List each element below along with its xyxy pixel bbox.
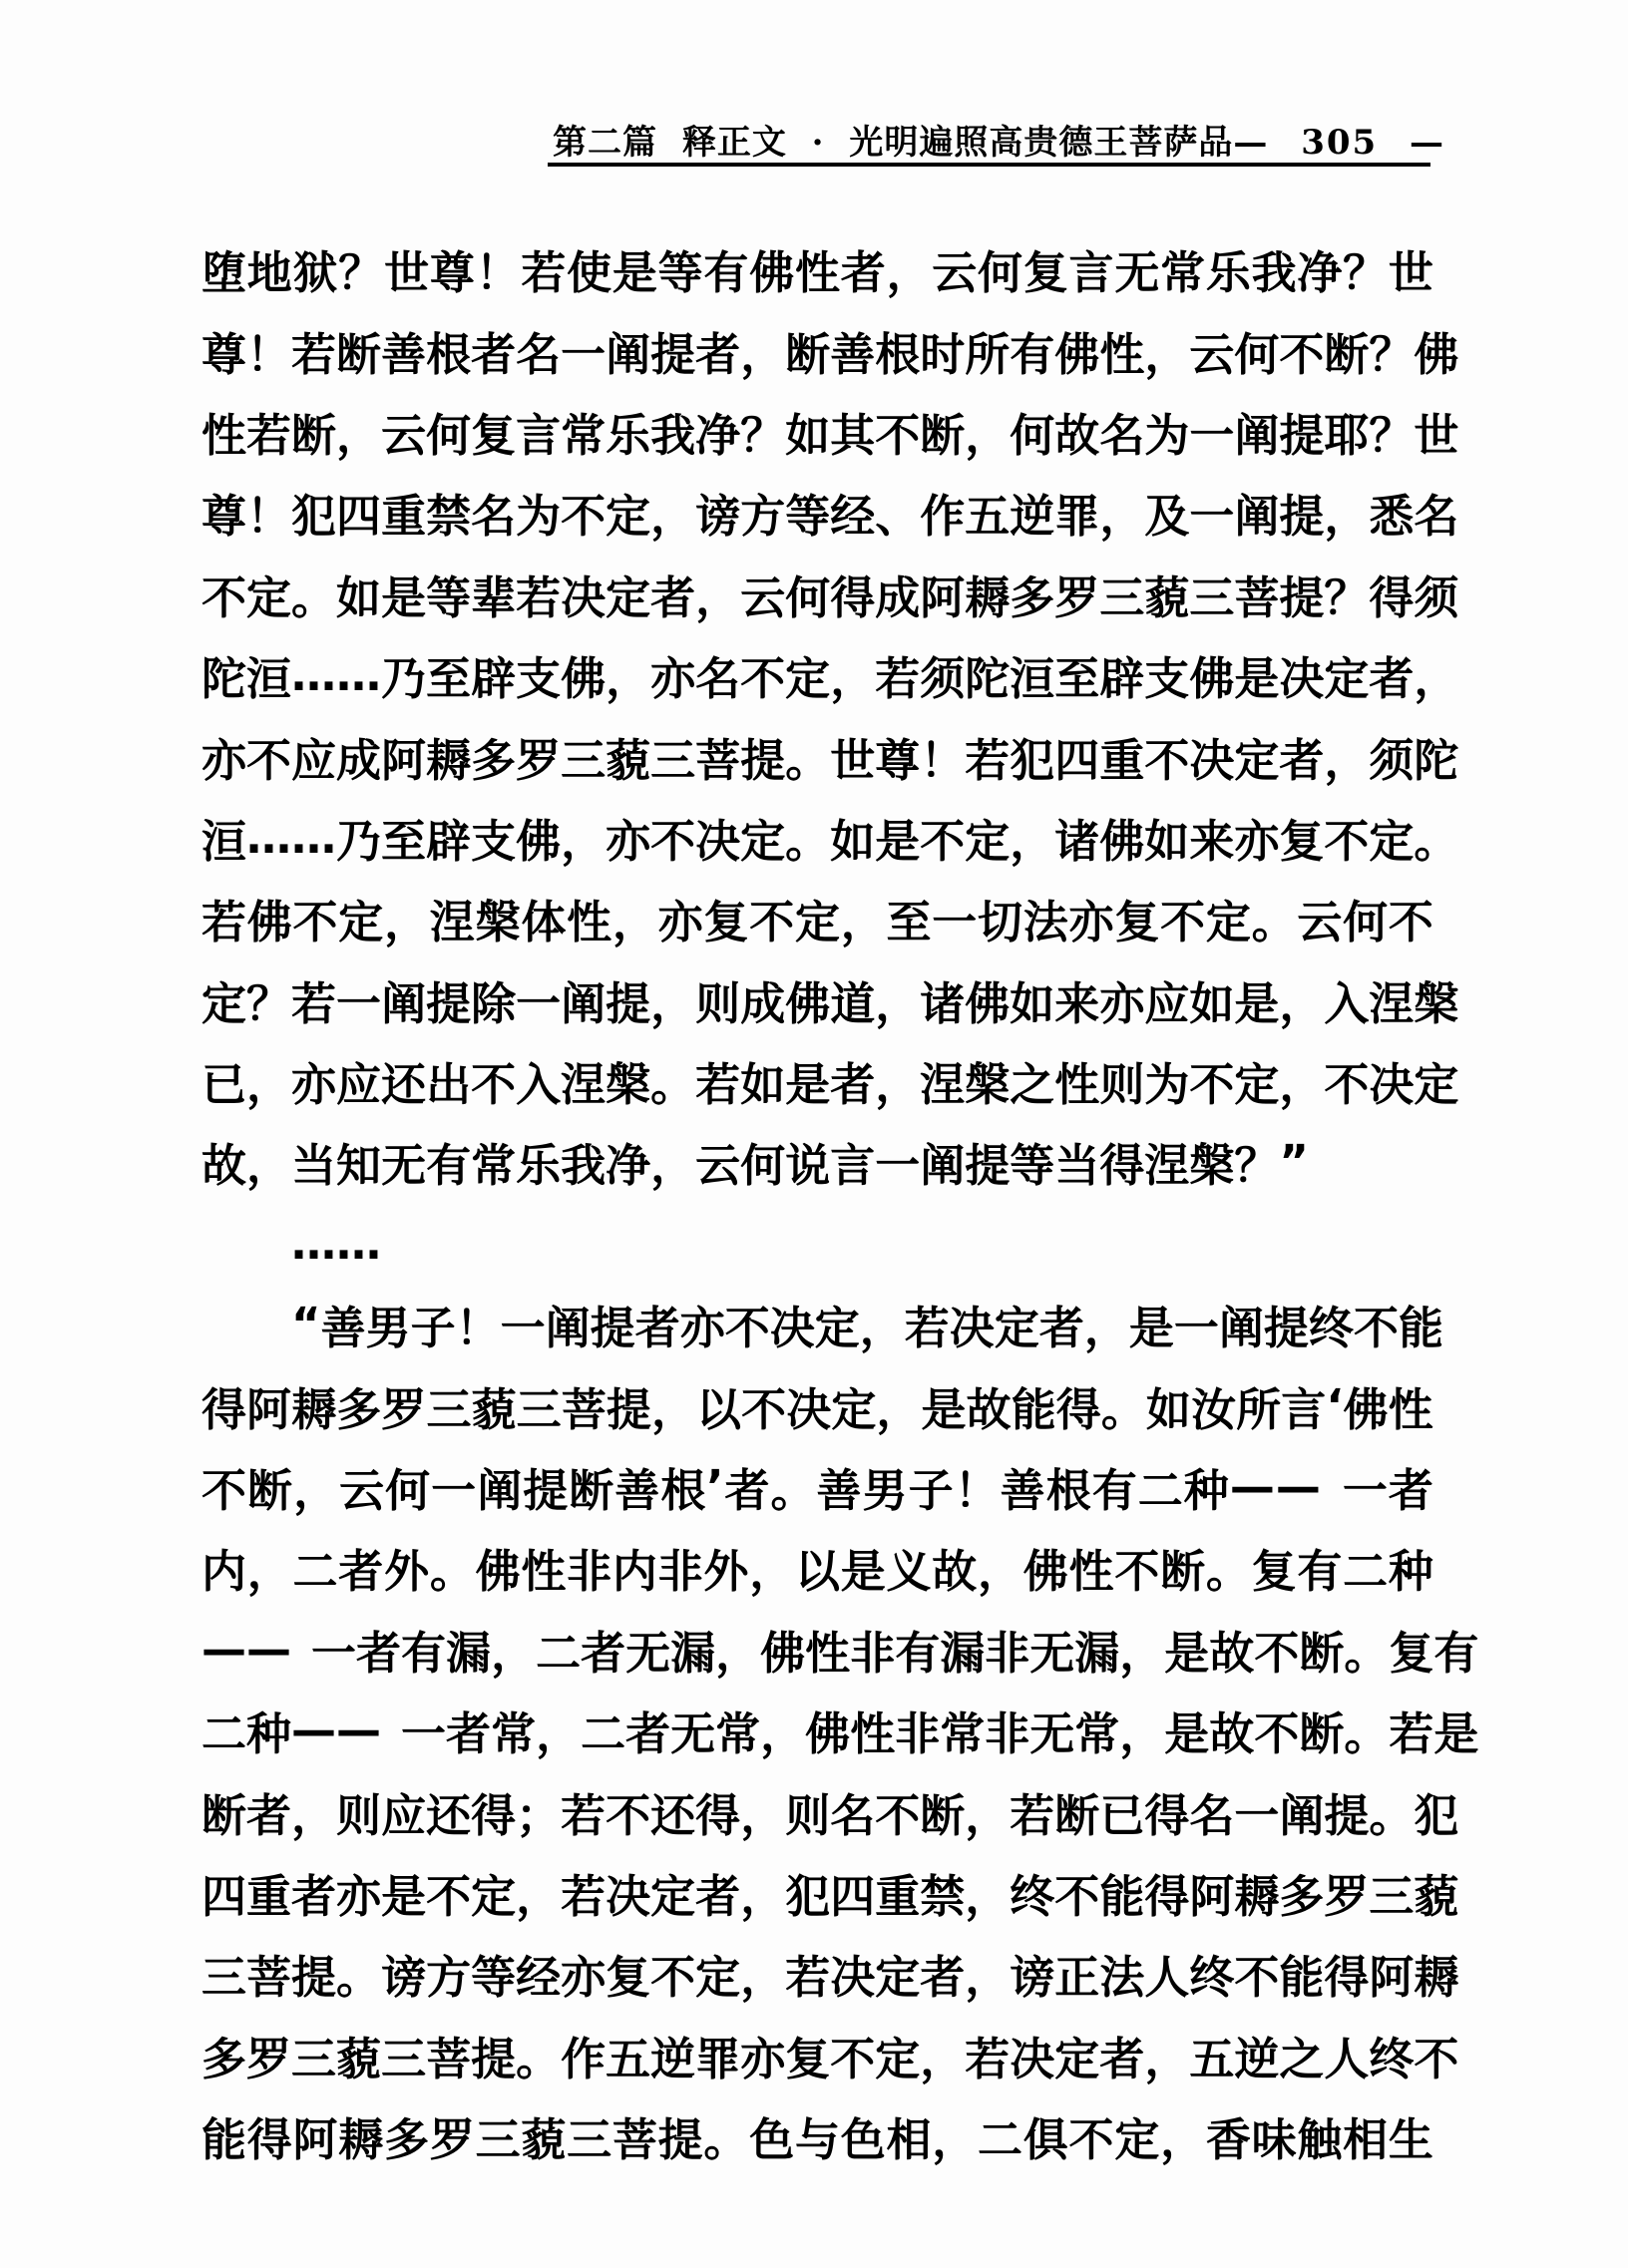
text-line: 二种——一者常，二者无常，佛性非常非无常，是故不断。若是 <box>202 1690 1433 1770</box>
text-line: 亦不应成阿耨多罗三藐三菩提。世尊！若犯四重不决定者，须陀 <box>202 715 1433 796</box>
text-body: 堕地狱？世尊！若使是等有佛性者，云何复言无常乐我净？世尊！若断善根者名一阐提者，… <box>202 228 1433 2176</box>
text-line: 三菩提。谤方等经亦复不定，若决定者，谤正法人终不能得阿耨 <box>202 1933 1433 2014</box>
paragraph-1: 堕地狱？世尊！若使是等有佛性者，云何复言无常乐我净？世尊！若断善根者名一阐提者，… <box>202 228 1433 1203</box>
text-line: 多罗三藐三菩提。作五逆罪亦复不定，若决定者，五逆之人终不 <box>202 2015 1433 2095</box>
text-line: 堕地狱？世尊！若使是等有佛性者，云何复言无常乐我净？世 <box>202 228 1433 309</box>
text-line: 内，二者外。佛性非内非外，以是义故，佛性不断。复有二种 <box>202 1527 1433 1608</box>
page-number: — 305 — <box>1233 124 1445 162</box>
text-line: 不定。如是等辈若决定者，云何得成阿耨多罗三藐三菩提？得须 <box>202 554 1433 634</box>
book-page: 第二篇 释正文 · 光明遍照高贵德王菩萨品 — 305 — 堕地狱？世尊！若使是… <box>0 0 1628 2268</box>
text-line: …… <box>202 1203 1433 1284</box>
header-rule <box>548 163 1430 167</box>
text-line: 不断，云何一阐提断善根’者。善男子！善根有二种——一者 <box>202 1446 1433 1527</box>
text-line: 断者，则应还得；若不还得，则名不断，若断已得名一阐提。犯 <box>202 1770 1433 1851</box>
text-line: 能得阿耨多罗三藐三菩提。色与色相，二俱不定，香味触相生 <box>202 2095 1433 2176</box>
text-line: 尊！若断善根者名一阐提者，断善根时所有佛性，云何不断？佛 <box>202 309 1433 390</box>
text-line: 陀洹……乃至辟支佛，亦名不定，若须陀洹至辟支佛是决定者， <box>202 634 1433 715</box>
text-line: ——一者有漏，二者无漏，佛性非有漏非无漏，是故不断。复有 <box>202 1609 1433 1690</box>
text-line: 若佛不定，涅槃体性，亦复不定，至一切法亦复不定。云何不 <box>202 878 1433 958</box>
text-line: 尊！犯四重禁名为不定，谤方等经、作五逆罪，及一阐提，悉名 <box>202 472 1433 553</box>
text-line: 四重者亦是不定，若决定者，犯四重禁，终不能得阿耨多罗三藐 <box>202 1852 1433 1933</box>
text-line: 已，亦应还出不入涅槃。若如是者，涅槃之性则为不定，不决定 <box>202 1040 1433 1121</box>
text-line: 得阿耨多罗三藐三菩提，以不决定，是故能得。如汝所言‘佛性 <box>202 1364 1433 1445</box>
text-line: 洹……乃至辟支佛，亦不决定。如是不定，诸佛如来亦复不定。 <box>202 797 1433 878</box>
chapter-title: 第二篇 释正文 · 光明遍照高贵德王菩萨品 <box>553 124 1233 162</box>
running-header: 第二篇 释正文 · 光明遍照高贵德王菩萨品 — 305 — <box>553 124 1430 162</box>
paragraph-2: …… <box>202 1203 1433 1284</box>
text-line: 故，当知无有常乐我净，云何说言一阐提等当得涅槃？” <box>202 1121 1433 1202</box>
text-line: “善男子！一阐提者亦不决定，若决定者，是一阐提终不能 <box>202 1284 1433 1364</box>
paragraph-3: “善男子！一阐提者亦不决定，若决定者，是一阐提终不能得阿耨多罗三藐三菩提，以不决… <box>202 1284 1433 2176</box>
text-line: 定？若一阐提除一阐提，则成佛道，诸佛如来亦应如是，入涅槃 <box>202 959 1433 1040</box>
text-line: 性若断，云何复言常乐我净？如其不断，何故名为一阐提耶？世 <box>202 391 1433 472</box>
